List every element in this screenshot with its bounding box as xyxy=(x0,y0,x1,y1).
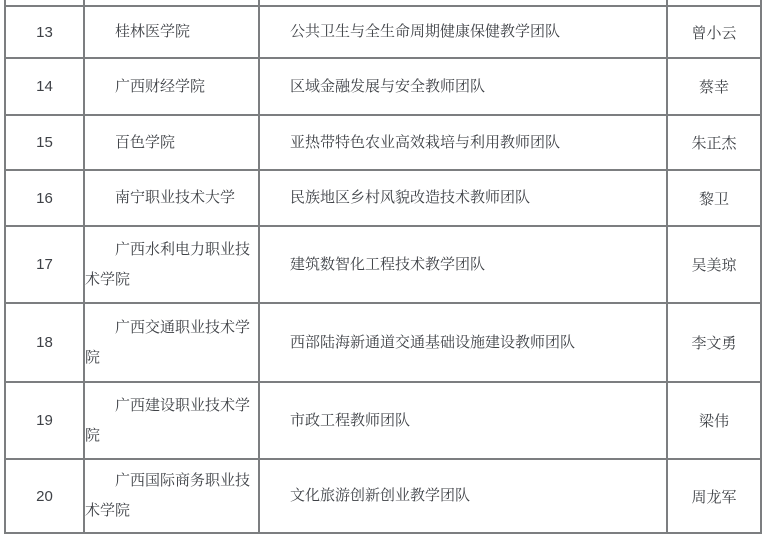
cell-institution: 广西建设职业技术学院 xyxy=(84,382,259,459)
cell-institution: 广西水利电力职业技术学院 xyxy=(84,226,259,303)
table-clip-region: 13 桂林医学院 公共卫生与全生命周期健康保健教学团队 曾小云 14 广西财经学… xyxy=(4,0,766,555)
cell-team: 区域金融发展与安全教师团队 xyxy=(259,58,667,115)
cell-institution: 广西财经学院 xyxy=(84,58,259,115)
table-row: 16 南宁职业技术大学 民族地区乡村风貌改造技术教师团队 黎卫 xyxy=(5,170,761,226)
cell-team: 市政工程教师团队 xyxy=(259,382,667,459)
cell-leader: 李文勇 xyxy=(667,303,761,382)
cell-institution: 广西国际商务职业技术学院 xyxy=(84,459,259,533)
teacher-team-table: 13 桂林医学院 公共卫生与全生命周期健康保健教学团队 曾小云 14 广西财经学… xyxy=(4,0,762,534)
cell-team: 西部陆海新通道交通基础设施建设教师团队 xyxy=(259,303,667,382)
cell-leader: 黎卫 xyxy=(667,170,761,226)
cell-leader: 吴美琼 xyxy=(667,226,761,303)
cell-team: 亚热带特色农业高效栽培与利用教师团队 xyxy=(259,115,667,170)
cell-no: 13 xyxy=(5,6,84,58)
cell-institution: 桂林医学院 xyxy=(84,6,259,58)
cell-leader: 曾小云 xyxy=(667,6,761,58)
table-row: 15 百色学院 亚热带特色农业高效栽培与利用教师团队 朱正杰 xyxy=(5,115,761,170)
cell-no: 19 xyxy=(5,382,84,459)
cell-leader: 朱正杰 xyxy=(667,115,761,170)
cell-no: 20 xyxy=(5,459,84,533)
cell-team: 文化旅游创新创业教学团队 xyxy=(259,459,667,533)
cell-team: 公共卫生与全生命周期健康保健教学团队 xyxy=(259,6,667,58)
cell-no: 17 xyxy=(5,226,84,303)
cell-no: 18 xyxy=(5,303,84,382)
table-row: 14 广西财经学院 区域金融发展与安全教师团队 蔡幸 xyxy=(5,58,761,115)
cell-no: 15 xyxy=(5,115,84,170)
table-row: 18 广西交通职业技术学院 西部陆海新通道交通基础设施建设教师团队 李文勇 xyxy=(5,303,761,382)
table-row: 13 桂林医学院 公共卫生与全生命周期健康保健教学团队 曾小云 xyxy=(5,6,761,58)
cell-team: 民族地区乡村风貌改造技术教师团队 xyxy=(259,170,667,226)
cell-institution: 南宁职业技术大学 xyxy=(84,170,259,226)
table-row: 19 广西建设职业技术学院 市政工程教师团队 梁伟 xyxy=(5,382,761,459)
cell-institution: 百色学院 xyxy=(84,115,259,170)
cell-no: 14 xyxy=(5,58,84,115)
cell-team: 建筑数智化工程技术教学团队 xyxy=(259,226,667,303)
cell-leader: 蔡幸 xyxy=(667,58,761,115)
cell-no: 16 xyxy=(5,170,84,226)
table-row: 20 广西国际商务职业技术学院 文化旅游创新创业教学团队 周龙军 xyxy=(5,459,761,533)
cell-institution: 广西交通职业技术学院 xyxy=(84,303,259,382)
table-row: 17 广西水利电力职业技术学院 建筑数智化工程技术教学团队 吴美琼 xyxy=(5,226,761,303)
cell-leader: 梁伟 xyxy=(667,382,761,459)
cell-leader: 周龙军 xyxy=(667,459,761,533)
